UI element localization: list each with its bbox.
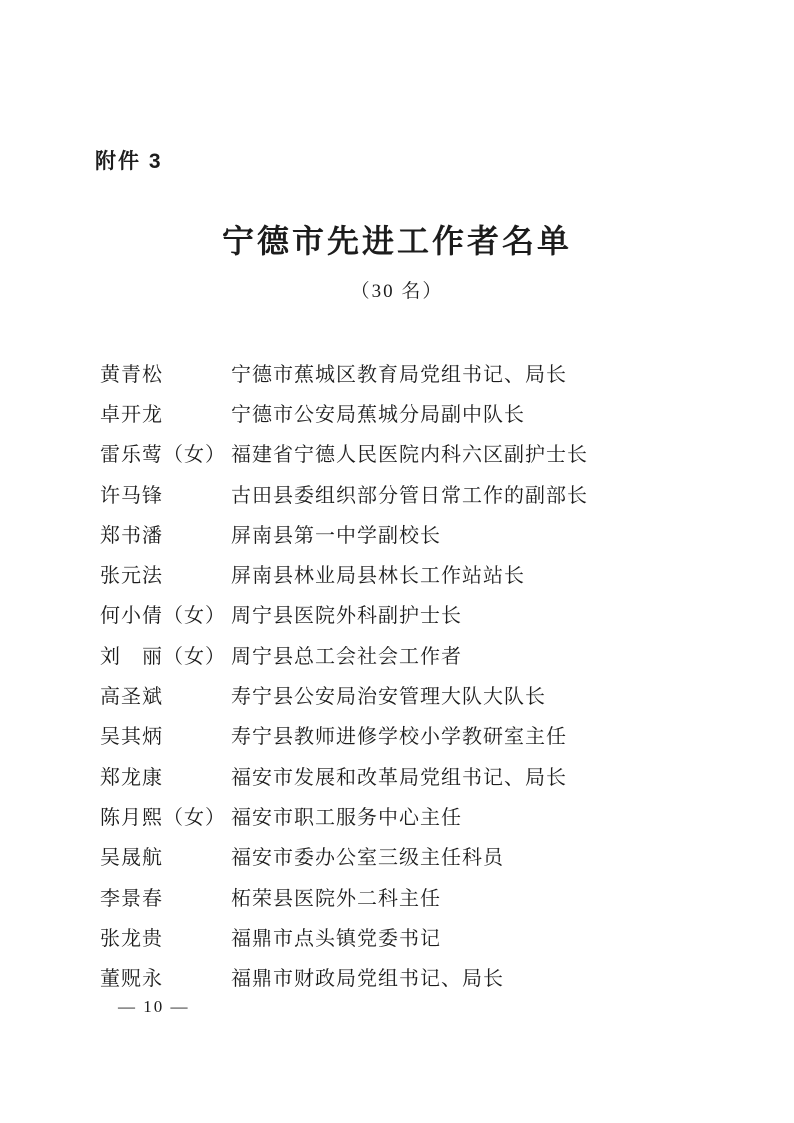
list-item: 吴晟航福安市委办公室三级主任科员	[100, 836, 740, 876]
person-name: 李景春	[100, 882, 231, 911]
awardee-list: 黄青松宁德市蕉城区教育局党组书记、局长卓开龙宁德市公安局蕉城分局副中队长雷乐莺（…	[100, 352, 740, 997]
person-name: 雷乐莺（女）	[100, 438, 231, 467]
list-item: 郑书潘屏南县第一中学副校长	[100, 513, 740, 553]
list-item: 吴其炳寿宁县教师进修学校小学教研室主任	[100, 715, 740, 755]
person-name: 刘 丽（女）	[100, 640, 231, 669]
person-position: 寿宁县教师进修学校小学教研室主任	[231, 720, 740, 749]
person-name: 卓开龙	[100, 398, 231, 427]
person-position: 古田县委组织部分管日常工作的副部长	[231, 479, 740, 508]
list-item: 高圣斌寿宁县公安局治安管理大队大队长	[100, 674, 740, 714]
person-name: 何小倩（女）	[100, 599, 231, 628]
person-position: 周宁县总工会社会工作者	[231, 640, 740, 669]
list-item: 张龙贵福鼎市点头镇党委书记	[100, 916, 740, 956]
person-position: 宁德市蕉城区教育局党组书记、局长	[231, 358, 740, 387]
person-position: 福安市发展和改革局党组书记、局长	[231, 761, 740, 790]
person-name: 董贶永	[100, 962, 231, 991]
person-name: 吴晟航	[100, 841, 231, 870]
person-position: 福鼎市财政局党组书记、局长	[231, 962, 740, 991]
person-name: 郑龙康	[100, 761, 231, 790]
list-item: 郑龙康福安市发展和改革局党组书记、局长	[100, 755, 740, 795]
list-item: 刘 丽（女）周宁县总工会社会工作者	[100, 634, 740, 674]
person-position: 周宁县医院外科副护士长	[231, 599, 740, 628]
person-position: 福安市职工服务中心主任	[231, 801, 740, 830]
list-item: 董贶永福鼎市财政局党组书记、局长	[100, 956, 740, 996]
list-item: 黄青松宁德市蕉城区教育局党组书记、局长	[100, 352, 740, 392]
person-position: 屏南县第一中学副校长	[231, 519, 740, 548]
attachment-label: 附件 3	[95, 145, 163, 175]
person-position: 福建省宁德人民医院内科六区副护士长	[231, 438, 740, 467]
person-name: 郑书潘	[100, 519, 231, 548]
person-position: 屏南县林业局县林长工作站站长	[231, 559, 740, 588]
person-position: 福安市委办公室三级主任科员	[231, 841, 740, 870]
document-page: 附件 3 宁德市先进工作者名单 （30 名） 黄青松宁德市蕉城区教育局党组书记、…	[0, 0, 794, 1123]
person-name: 张龙贵	[100, 922, 231, 951]
page-number: — 10 —	[118, 997, 190, 1017]
person-name: 高圣斌	[100, 680, 231, 709]
list-item: 雷乐莺（女）福建省宁德人民医院内科六区副护士长	[100, 433, 740, 473]
person-name: 陈月熙（女）	[100, 801, 231, 830]
person-name: 张元法	[100, 559, 231, 588]
list-item: 卓开龙宁德市公安局蕉城分局副中队长	[100, 392, 740, 432]
list-item: 张元法屏南县林业局县林长工作站站长	[100, 553, 740, 593]
document-title: 宁德市先进工作者名单	[0, 216, 794, 262]
person-position: 福鼎市点头镇党委书记	[231, 922, 740, 951]
list-item: 李景春柘荣县医院外二科主任	[100, 876, 740, 916]
list-item: 许马锋古田县委组织部分管日常工作的副部长	[100, 473, 740, 513]
person-position: 宁德市公安局蕉城分局副中队长	[231, 398, 740, 427]
person-position: 寿宁县公安局治安管理大队大队长	[231, 680, 740, 709]
person-name: 许马锋	[100, 479, 231, 508]
person-position: 柘荣县医院外二科主任	[231, 882, 740, 911]
list-item: 何小倩（女）周宁县医院外科副护士长	[100, 594, 740, 634]
person-name: 吴其炳	[100, 720, 231, 749]
person-name: 黄青松	[100, 358, 231, 387]
list-item: 陈月熙（女）福安市职工服务中心主任	[100, 795, 740, 835]
document-count-note: （30 名）	[0, 276, 794, 303]
